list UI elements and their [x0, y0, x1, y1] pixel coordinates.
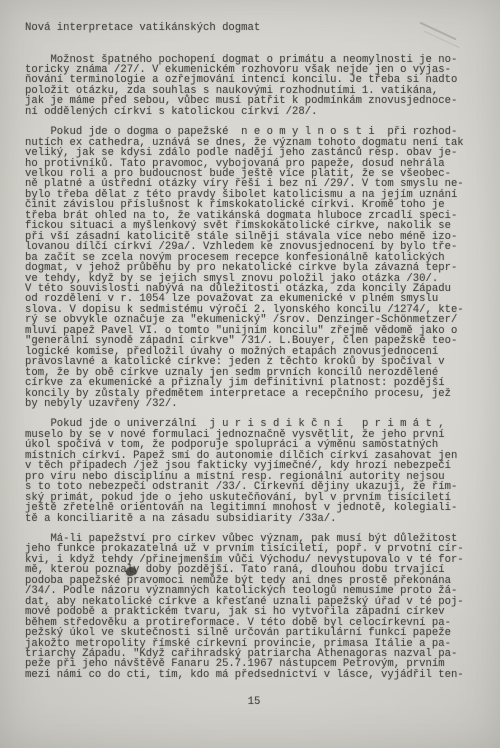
paragraph-1: Možnost špatného pochopení dogmat o prim… [25, 55, 483, 118]
paragraph-3: Pokud jde o univerzální j u r i s d i k … [25, 419, 483, 524]
scanned-document-page: Nová interpretace vatikánských dogmat Mo… [0, 0, 500, 748]
page-content: Nová interpretace vatikánských dogmat Mo… [25, 23, 483, 708]
paragraph-2: Pokud jde o dogma o papežské n e o m y l… [25, 127, 483, 409]
page-number: 15 [25, 696, 483, 708]
paragraph-4: Má-li papežství pro církev vůbec význam,… [25, 534, 483, 680]
page-title: Nová interpretace vatikánských dogmat [25, 23, 483, 34]
